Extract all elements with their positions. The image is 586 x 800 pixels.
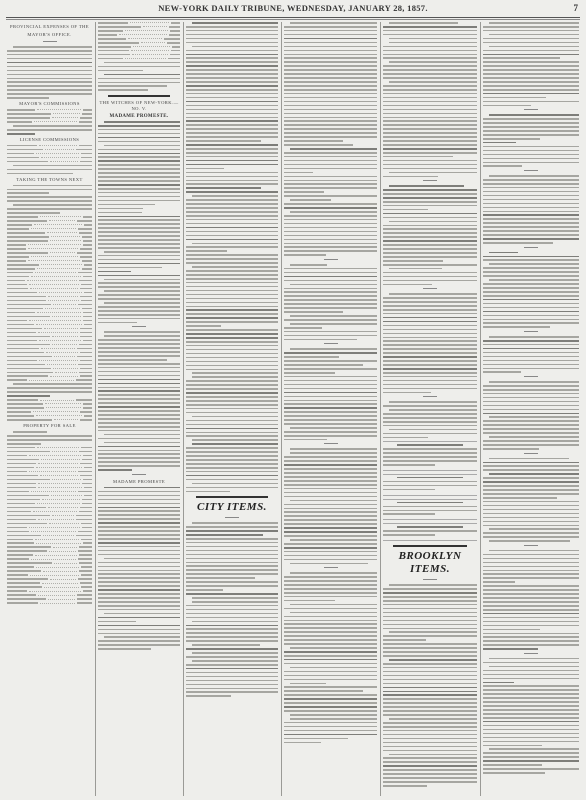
text-line bbox=[98, 172, 180, 174]
column-4 bbox=[284, 22, 377, 796]
text-line bbox=[383, 530, 477, 532]
text-line bbox=[186, 640, 278, 642]
text-line bbox=[290, 448, 377, 450]
text-line bbox=[186, 113, 278, 115]
text-line bbox=[383, 655, 477, 657]
section-separator bbox=[524, 453, 538, 454]
text-line bbox=[483, 713, 579, 715]
text-line bbox=[186, 57, 278, 59]
text-line bbox=[284, 191, 324, 193]
table-row bbox=[7, 328, 92, 330]
text-line bbox=[284, 89, 377, 91]
text-line bbox=[98, 204, 155, 206]
text-line bbox=[483, 566, 579, 568]
table-row bbox=[98, 54, 180, 56]
text-line bbox=[290, 647, 377, 649]
text-line bbox=[98, 534, 180, 536]
text-line bbox=[483, 397, 579, 399]
text-line bbox=[383, 280, 477, 282]
text-line bbox=[483, 393, 579, 395]
text-line bbox=[383, 620, 477, 622]
text-line bbox=[389, 401, 477, 403]
text-line bbox=[284, 631, 377, 633]
text-line bbox=[186, 349, 278, 351]
table-row bbox=[7, 300, 92, 302]
text-line bbox=[284, 627, 377, 629]
text-line bbox=[383, 128, 477, 130]
column-divider bbox=[480, 22, 481, 796]
text-line bbox=[98, 322, 137, 324]
text-line bbox=[483, 73, 579, 75]
text-line bbox=[98, 566, 180, 568]
text-line bbox=[383, 352, 477, 354]
text-line bbox=[383, 321, 477, 323]
text-line bbox=[98, 438, 180, 440]
text-line bbox=[383, 702, 477, 704]
text-line bbox=[284, 531, 377, 533]
text-line bbox=[489, 381, 579, 383]
text-line bbox=[483, 234, 579, 236]
text-line bbox=[186, 534, 263, 536]
text-line bbox=[284, 460, 377, 462]
text-line bbox=[284, 339, 357, 341]
text-line bbox=[284, 535, 377, 537]
text-line bbox=[483, 662, 579, 664]
text-line bbox=[186, 672, 278, 674]
text-line bbox=[13, 383, 92, 385]
text-line bbox=[186, 172, 278, 174]
text-line bbox=[383, 244, 477, 246]
text-line bbox=[483, 621, 579, 623]
text-line bbox=[483, 267, 579, 269]
table-row bbox=[7, 145, 92, 147]
text-line bbox=[483, 105, 531, 107]
text-line bbox=[98, 216, 180, 218]
text-line bbox=[284, 160, 377, 162]
text-line bbox=[290, 718, 377, 720]
text-line bbox=[98, 153, 180, 155]
text-line bbox=[186, 274, 278, 276]
text-line bbox=[383, 305, 477, 307]
text-line bbox=[389, 584, 477, 586]
text-line bbox=[290, 572, 377, 574]
text-line bbox=[186, 26, 278, 28]
text-line bbox=[98, 267, 162, 269]
text-line bbox=[186, 577, 255, 579]
text-line bbox=[98, 200, 180, 202]
text-line bbox=[13, 46, 92, 48]
text-line bbox=[7, 50, 92, 52]
text-line bbox=[483, 709, 579, 711]
text-line bbox=[483, 424, 579, 426]
text-line bbox=[7, 85, 92, 87]
text-line bbox=[284, 694, 377, 696]
article-heading: TAKING THE TOWNS NEXT bbox=[7, 177, 92, 183]
masthead-rule-secondary bbox=[6, 19, 580, 20]
text-line bbox=[284, 655, 377, 657]
text-line bbox=[98, 286, 180, 288]
column-3: CITY ITEMS. bbox=[186, 22, 278, 796]
text-line bbox=[284, 738, 348, 740]
text-line bbox=[383, 50, 477, 52]
text-line bbox=[104, 279, 180, 281]
text-line bbox=[383, 333, 477, 335]
text-line bbox=[98, 446, 180, 448]
advertisement bbox=[383, 474, 477, 496]
text-line bbox=[186, 50, 278, 52]
text-line bbox=[290, 348, 377, 350]
table-row bbox=[7, 364, 92, 366]
text-line bbox=[104, 331, 180, 333]
text-line bbox=[290, 683, 326, 685]
table-row bbox=[7, 566, 92, 568]
text-line bbox=[186, 73, 278, 75]
section-separator bbox=[524, 109, 538, 110]
text-line bbox=[284, 651, 377, 653]
text-line bbox=[483, 259, 579, 261]
text-line bbox=[284, 331, 377, 333]
text-line bbox=[383, 694, 477, 696]
text-line bbox=[290, 284, 377, 286]
text-line bbox=[383, 344, 477, 346]
section-separator bbox=[423, 396, 437, 397]
text-line bbox=[98, 538, 180, 540]
text-line bbox=[284, 663, 377, 665]
text-line bbox=[389, 42, 477, 44]
table-row bbox=[98, 58, 180, 60]
text-line bbox=[483, 573, 579, 575]
table-row bbox=[7, 558, 92, 560]
text-line bbox=[284, 476, 377, 478]
text-line bbox=[284, 280, 377, 282]
text-line bbox=[186, 463, 278, 465]
text-line bbox=[98, 644, 180, 646]
text-line bbox=[186, 487, 278, 489]
text-line bbox=[483, 134, 579, 136]
text-line bbox=[483, 613, 579, 615]
text-line bbox=[104, 558, 180, 560]
text-line bbox=[284, 360, 377, 362]
text-line bbox=[186, 290, 278, 292]
text-line bbox=[383, 325, 477, 327]
text-line bbox=[98, 465, 180, 467]
text-line bbox=[483, 469, 579, 471]
text-line bbox=[483, 191, 579, 193]
text-line bbox=[383, 647, 477, 649]
table-row bbox=[7, 455, 92, 457]
text-line bbox=[192, 522, 278, 524]
text-line bbox=[383, 765, 477, 767]
text-line bbox=[290, 612, 377, 614]
table-row bbox=[7, 467, 92, 469]
table-row bbox=[7, 113, 92, 115]
text-line bbox=[284, 592, 377, 594]
text-line bbox=[186, 479, 278, 481]
text-line bbox=[7, 81, 92, 83]
text-line bbox=[7, 58, 92, 60]
newspaper-page: NEW-YORK DAILY TRIBUNE, WEDNESDAY, JANUA… bbox=[0, 0, 586, 800]
text-line bbox=[284, 423, 377, 425]
text-line bbox=[284, 679, 377, 681]
text-line bbox=[483, 517, 579, 519]
text-line bbox=[284, 311, 343, 313]
text-line bbox=[98, 546, 180, 548]
text-line bbox=[7, 391, 92, 393]
text-line bbox=[483, 271, 579, 273]
text-line bbox=[284, 172, 313, 174]
text-line bbox=[284, 508, 377, 510]
text-line bbox=[186, 38, 278, 40]
table-row bbox=[7, 574, 92, 576]
text-line bbox=[483, 30, 579, 32]
text-line bbox=[383, 120, 477, 122]
text-line bbox=[483, 745, 542, 747]
table-row bbox=[7, 336, 92, 338]
text-line bbox=[284, 288, 377, 290]
table-row bbox=[7, 153, 92, 155]
text-line bbox=[483, 756, 579, 758]
text-line bbox=[186, 136, 278, 138]
text-line bbox=[284, 164, 377, 166]
text-line bbox=[104, 335, 180, 337]
table-row bbox=[7, 220, 92, 222]
table-row bbox=[7, 403, 92, 405]
text-line bbox=[489, 550, 579, 552]
text-line bbox=[186, 365, 278, 367]
text-line bbox=[186, 648, 278, 650]
text-line bbox=[389, 659, 477, 661]
text-line bbox=[284, 319, 377, 321]
table-row bbox=[98, 22, 180, 24]
text-line bbox=[186, 636, 278, 638]
text-line bbox=[383, 592, 477, 594]
text-line bbox=[98, 605, 180, 607]
text-line bbox=[383, 57, 477, 59]
text-line bbox=[284, 250, 377, 252]
table-row bbox=[7, 550, 92, 552]
text-line bbox=[192, 46, 278, 48]
text-line bbox=[383, 757, 477, 759]
text-line bbox=[98, 66, 180, 68]
text-line bbox=[383, 193, 477, 195]
text-line bbox=[483, 505, 579, 507]
advertisement bbox=[383, 441, 477, 471]
text-line bbox=[186, 132, 278, 134]
text-line bbox=[284, 268, 377, 270]
text-line bbox=[186, 191, 278, 193]
text-line bbox=[186, 554, 278, 556]
text-line bbox=[483, 409, 579, 411]
text-line bbox=[98, 394, 180, 396]
text-line bbox=[186, 530, 278, 532]
text-line bbox=[284, 176, 377, 178]
text-line bbox=[483, 405, 579, 407]
text-line bbox=[483, 77, 579, 79]
text-line bbox=[290, 22, 377, 24]
text-line bbox=[290, 323, 377, 325]
text-line bbox=[383, 624, 477, 626]
text-line bbox=[186, 471, 278, 473]
text-line bbox=[186, 101, 278, 103]
text-line bbox=[284, 38, 377, 40]
text-line bbox=[98, 306, 180, 308]
section-separator bbox=[524, 545, 538, 546]
text-line bbox=[383, 30, 477, 32]
text-line bbox=[383, 456, 477, 458]
text-line bbox=[186, 140, 261, 142]
text-line bbox=[383, 144, 477, 146]
text-line bbox=[383, 360, 477, 362]
text-line bbox=[483, 283, 579, 285]
text-line bbox=[284, 559, 377, 561]
text-line bbox=[383, 109, 477, 111]
text-line bbox=[98, 648, 151, 650]
text-line bbox=[98, 259, 180, 261]
section-separator bbox=[423, 579, 437, 580]
text-line bbox=[98, 510, 180, 512]
text-line bbox=[489, 252, 518, 254]
text-line bbox=[13, 431, 47, 433]
text-line bbox=[98, 469, 132, 471]
text-line bbox=[383, 46, 477, 48]
table-row bbox=[7, 527, 92, 529]
text-line bbox=[186, 187, 261, 189]
text-line bbox=[98, 371, 180, 373]
text-line bbox=[483, 179, 579, 181]
table-row bbox=[98, 38, 180, 40]
text-line bbox=[284, 195, 377, 197]
text-line bbox=[483, 701, 579, 703]
text-line bbox=[483, 195, 579, 197]
text-line bbox=[192, 243, 278, 245]
text-line bbox=[389, 718, 477, 720]
text-line bbox=[483, 242, 553, 244]
text-line bbox=[192, 621, 278, 623]
text-line bbox=[284, 519, 377, 521]
text-line bbox=[389, 429, 477, 431]
text-line bbox=[383, 635, 477, 637]
text-line bbox=[186, 475, 278, 477]
table-row bbox=[7, 368, 92, 370]
text-line bbox=[383, 746, 477, 748]
text-line bbox=[7, 66, 92, 68]
text-line bbox=[186, 361, 278, 363]
text-line bbox=[383, 384, 477, 386]
text-line bbox=[483, 562, 579, 564]
text-line bbox=[7, 173, 73, 175]
text-line bbox=[284, 588, 377, 590]
text-line bbox=[104, 251, 180, 253]
text-line bbox=[483, 371, 521, 373]
text-line bbox=[284, 492, 377, 494]
text-line bbox=[483, 717, 579, 719]
text-line bbox=[186, 227, 278, 229]
section-separator bbox=[132, 474, 146, 475]
text-line bbox=[284, 73, 377, 75]
text-line bbox=[98, 593, 180, 595]
text-line bbox=[192, 416, 278, 418]
text-line bbox=[483, 413, 579, 415]
text-line bbox=[98, 640, 180, 642]
text-line bbox=[284, 419, 377, 421]
table-row bbox=[7, 407, 92, 409]
text-line bbox=[383, 240, 477, 242]
text-line bbox=[186, 278, 278, 280]
text-line bbox=[383, 148, 477, 150]
table-row bbox=[7, 256, 92, 258]
text-line bbox=[104, 442, 180, 444]
article-heading: LICENSE COMMISSIONS bbox=[7, 137, 92, 143]
text-line bbox=[489, 473, 579, 475]
text-line bbox=[284, 547, 377, 549]
text-line bbox=[483, 577, 579, 579]
text-line bbox=[383, 313, 477, 315]
table-row bbox=[7, 523, 92, 525]
table-row bbox=[7, 121, 92, 123]
text-line bbox=[383, 309, 477, 311]
text-line bbox=[483, 581, 515, 583]
text-line bbox=[383, 256, 477, 258]
text-line bbox=[483, 685, 579, 687]
text-line bbox=[98, 570, 180, 572]
text-line bbox=[98, 601, 180, 603]
text-line bbox=[7, 387, 92, 389]
text-line bbox=[98, 192, 180, 194]
text-line bbox=[284, 101, 377, 103]
text-line bbox=[383, 248, 477, 250]
column-2: THE WITCHES OF NEW-YORK.—No. V.MADAME PR… bbox=[98, 22, 180, 796]
text-line bbox=[7, 443, 41, 445]
text-line bbox=[98, 422, 180, 424]
text-line bbox=[186, 447, 278, 449]
text-line bbox=[284, 643, 377, 645]
text-line bbox=[98, 168, 180, 170]
text-line bbox=[483, 122, 579, 124]
text-line bbox=[483, 287, 579, 289]
text-line bbox=[186, 562, 278, 564]
text-line bbox=[186, 105, 278, 107]
text-line bbox=[383, 413, 477, 415]
text-line bbox=[483, 764, 542, 766]
text-line bbox=[7, 189, 92, 191]
text-line bbox=[284, 480, 377, 482]
table-row bbox=[7, 507, 92, 509]
text-line bbox=[383, 85, 477, 87]
text-line bbox=[483, 601, 579, 603]
text-line bbox=[489, 46, 579, 48]
text-line bbox=[186, 408, 278, 410]
text-line bbox=[383, 667, 477, 669]
text-line bbox=[192, 652, 278, 654]
text-line bbox=[98, 581, 180, 583]
text-line bbox=[483, 477, 579, 479]
text-line bbox=[383, 777, 477, 779]
text-line bbox=[186, 581, 278, 583]
text-line bbox=[98, 70, 143, 72]
text-line bbox=[284, 675, 377, 677]
text-line bbox=[383, 197, 477, 199]
table-row bbox=[7, 320, 92, 322]
text-line bbox=[284, 496, 377, 498]
text-line bbox=[389, 221, 477, 223]
section-separator bbox=[132, 326, 146, 327]
text-line bbox=[284, 639, 377, 641]
text-line bbox=[383, 742, 477, 744]
table-row bbox=[7, 519, 92, 521]
text-line bbox=[383, 260, 443, 262]
text-line bbox=[483, 203, 579, 205]
text-line bbox=[383, 117, 477, 119]
